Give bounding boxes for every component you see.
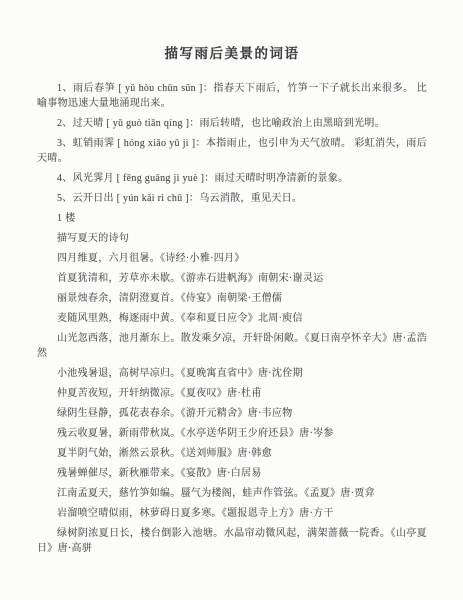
document-page: 描写雨后美景的词语 1、雨后春笋 [ yǔ hòu chūn sǔn ]：指春天… <box>0 0 463 600</box>
poem-line: 小池残暑退，高树早凉归。《夏晚寓直省中》唐·沈佺期 <box>37 366 427 381</box>
poem-line: 残云收夏暑，新雨带秋岚。《水亭送华阴王少府还县》唐·岑参 <box>37 426 427 441</box>
word-entry: 2、过天晴 [ yǔ guò tiān qíng ]：雨后转晴，也比喻政治上由黑… <box>37 116 427 131</box>
poem-line: 丽景烛春余，清阴澄夏首。《侍宴》南朝梁·王僧儒 <box>37 291 427 306</box>
poem-line: 山光忽西落，池月渐东上。散发乘夕凉，开轩卧闲敞。《夏日南亭怀辛大》唐·孟浩然 <box>37 331 427 361</box>
summer-poems-heading: 描写夏天的诗句 <box>37 231 427 246</box>
word-entry: 4、风光霁月 [ fēng guāng jì yuè ]：雨过天晴时明净清新的景… <box>37 171 427 186</box>
poem-line: 残暑蝉催尽，新秋雁带来。《宴散》唐·白居易 <box>37 466 427 481</box>
poem-line: 首夏犹清和，芳草亦未歇。《游赤石进帆海》南朝宋·谢灵运 <box>37 271 427 286</box>
page-title: 描写雨后美景的词语 <box>37 42 427 62</box>
rain-words-list: 1、雨后春笋 [ yǔ hòu chūn sǔn ]：指春天下雨后，竹笋一下子就… <box>37 81 427 206</box>
poem-line: 绿树阴浓夏日长，楼台倒影入池塘。水晶帘动微风起，满架蔷薇一院香。《山亭夏日》唐·… <box>37 526 427 556</box>
word-entry: 5、云开日出 [ yún kāi rì chū ]：乌云消散，重见天日。 <box>37 191 427 206</box>
poem-line: 岩溜喷空晴似雨，林萝碍日夏多寒。《题报恩寺上方》唐·方干 <box>37 506 427 521</box>
word-entry: 3、虹销雨霁 [ hóng xiāo yǔ jì ]：本指雨止，也引申为天气放晴… <box>37 136 427 166</box>
poem-line: 绿阴生昼静，孤花表春余。《游开元精舍》唐·韦应物 <box>37 406 427 421</box>
floor-label: 1 楼 <box>37 211 427 226</box>
poem-line: 江南孟夏天，慈竹笋如编。蜃气为楼阁，蛙声作管弦。《孟夏》唐·贾弇 <box>37 486 427 501</box>
poem-line: 仲夏苦夜短，开轩纳微凉。《夏夜叹》唐·杜甫 <box>37 386 427 401</box>
poem-line: 麦随风里熟，梅逐雨中黄。《奉和夏日应令》北周·庾信 <box>37 311 427 326</box>
word-entry: 1、雨后春笋 [ yǔ hòu chūn sǔn ]：指春天下雨后，竹笋一下子就… <box>37 81 427 111</box>
summer-poems-list: 四月维夏，六月徂暑。《诗经·小雅·四月》首夏犹清和，芳草亦未歇。《游赤石进帆海》… <box>37 251 427 556</box>
poem-line: 夏半阴气始，淅然云景秋。《送刘师服》唐·韩愈 <box>37 446 427 461</box>
poem-line: 四月维夏，六月徂暑。《诗经·小雅·四月》 <box>37 251 427 266</box>
